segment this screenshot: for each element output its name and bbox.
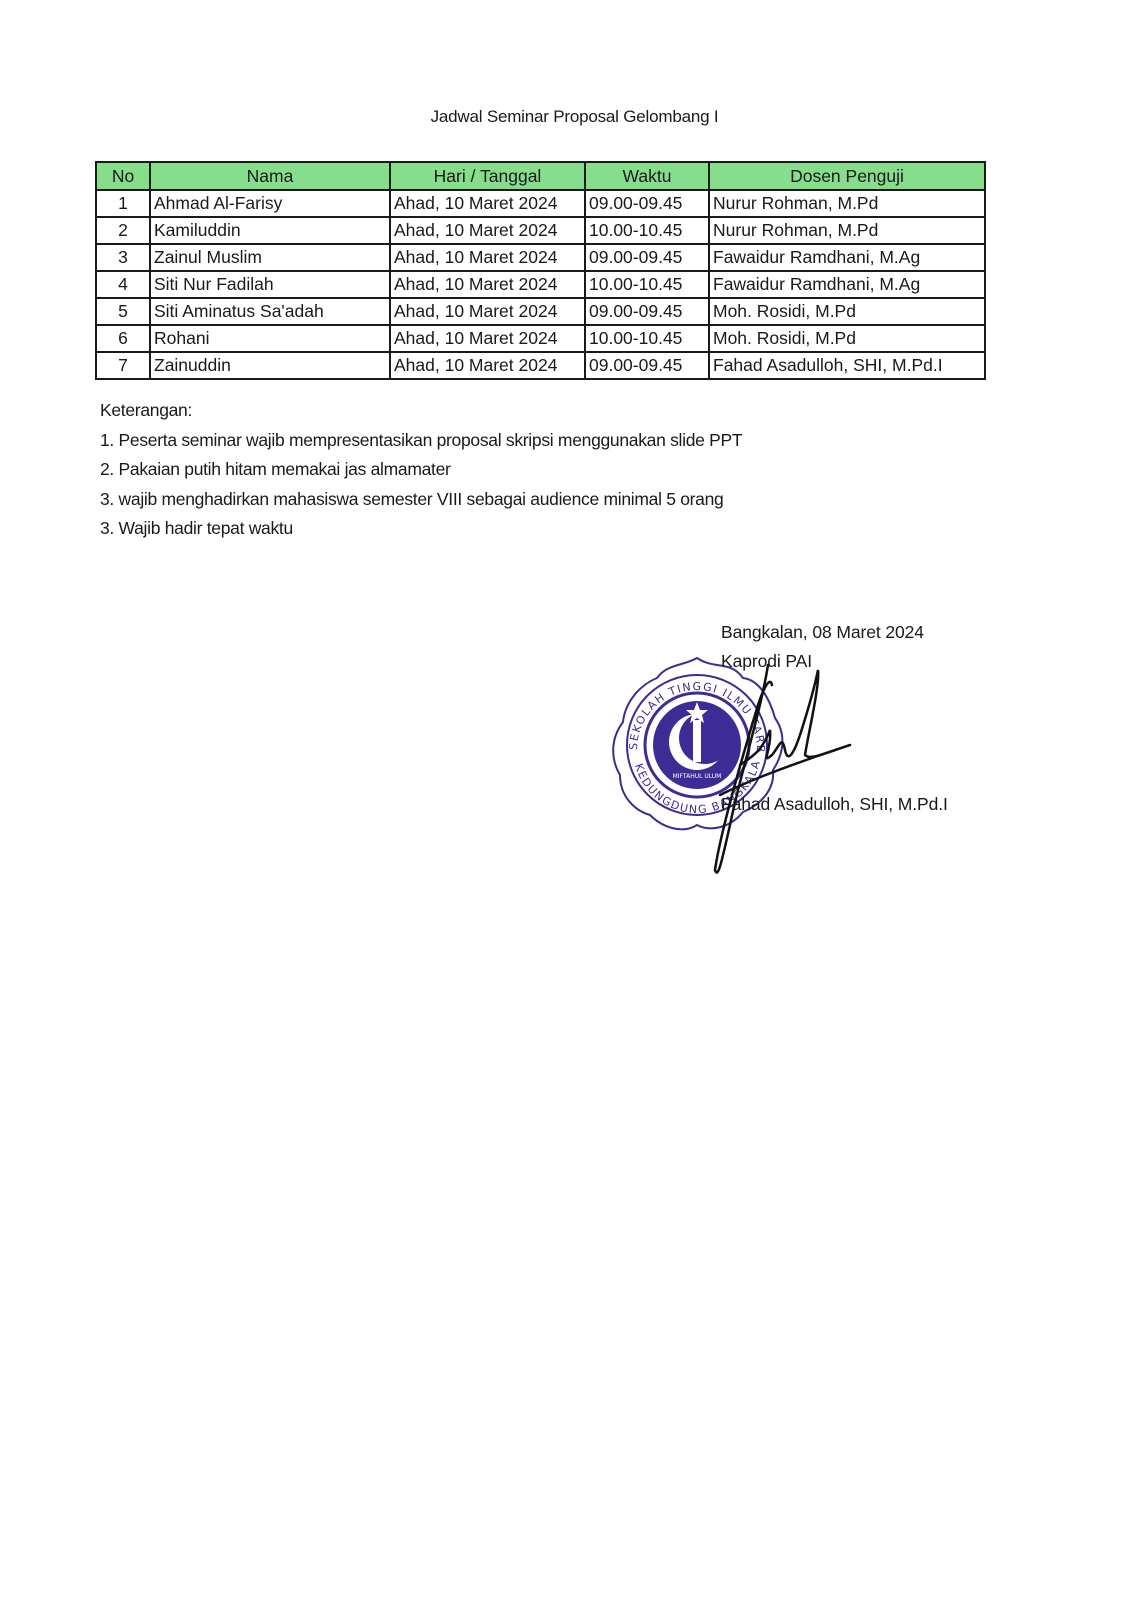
signature-name: Fahad Asadulloh, SHI, M.Pd.I: [721, 794, 948, 815]
table-row: 4Siti Nur FadilahAhad, 10 Maret 202410.0…: [96, 271, 985, 298]
signature-position: Kaprodi PAI: [721, 651, 812, 672]
table-row: 1Ahmad Al-FarisyAhad, 10 Maret 202409.00…: [96, 190, 985, 217]
cell-no: 1: [96, 190, 150, 217]
cell-nama: Rohani: [150, 325, 390, 352]
cell-tanggal: Ahad, 10 Maret 2024: [390, 352, 585, 379]
cell-no: 6: [96, 325, 150, 352]
cell-dosen: Fahad Asadulloh, SHI, M.Pd.I: [709, 352, 985, 379]
cell-waktu: 09.00-09.45: [585, 244, 709, 271]
table-row: 5Siti Aminatus Sa'adahAhad, 10 Maret 202…: [96, 298, 985, 325]
cell-waktu: 09.00-09.45: [585, 298, 709, 325]
signature-place-date: Bangkalan, 08 Maret 2024: [721, 622, 924, 643]
note-item: 3. wajib menghadirkan mahasiswa semester…: [100, 489, 742, 519]
table-row: 7ZainuddinAhad, 10 Maret 202409.00-09.45…: [96, 352, 985, 379]
cell-waktu: 10.00-10.45: [585, 217, 709, 244]
cell-waktu: 10.00-10.45: [585, 271, 709, 298]
cell-nama: Siti Nur Fadilah: [150, 271, 390, 298]
header-nama: Nama: [150, 162, 390, 190]
note-item: 2. Pakaian putih hitam memakai jas almam…: [100, 459, 742, 489]
cell-waktu: 10.00-10.45: [585, 325, 709, 352]
schedule-table: No Nama Hari / Tanggal Waktu Dosen Pengu…: [95, 161, 986, 380]
cell-no: 5: [96, 298, 150, 325]
cell-nama: Kamiluddin: [150, 217, 390, 244]
notes-section: Keterangan: 1. Peserta seminar wajib mem…: [100, 400, 742, 548]
header-dosen: Dosen Penguji: [709, 162, 985, 190]
cell-tanggal: Ahad, 10 Maret 2024: [390, 217, 585, 244]
cell-no: 4: [96, 271, 150, 298]
notes-heading: Keterangan:: [100, 400, 742, 430]
table-row: 6RohaniAhad, 10 Maret 202410.00-10.45Moh…: [96, 325, 985, 352]
cell-no: 7: [96, 352, 150, 379]
cell-dosen: Fawaidur Ramdhani, M.Ag: [709, 271, 985, 298]
header-tanggal: Hari / Tanggal: [390, 162, 585, 190]
document-title: Jadwal Seminar Proposal Gelombang I: [0, 107, 1131, 127]
table-header-row: No Nama Hari / Tanggal Waktu Dosen Pengu…: [96, 162, 985, 190]
table-row: 3Zainul MuslimAhad, 10 Maret 202409.00-0…: [96, 244, 985, 271]
cell-nama: Zainul Muslim: [150, 244, 390, 271]
cell-no: 3: [96, 244, 150, 271]
cell-nama: Siti Aminatus Sa'adah: [150, 298, 390, 325]
cell-tanggal: Ahad, 10 Maret 2024: [390, 271, 585, 298]
note-item: 1. Peserta seminar wajib mempresentasika…: [100, 430, 742, 460]
cell-tanggal: Ahad, 10 Maret 2024: [390, 244, 585, 271]
cell-waktu: 09.00-09.45: [585, 352, 709, 379]
cell-tanggal: Ahad, 10 Maret 2024: [390, 325, 585, 352]
cell-dosen: Nurur Rohman, M.Pd: [709, 190, 985, 217]
table-row: 2KamiluddinAhad, 10 Maret 202410.00-10.4…: [96, 217, 985, 244]
cell-nama: Zainuddin: [150, 352, 390, 379]
cell-tanggal: Ahad, 10 Maret 2024: [390, 190, 585, 217]
cell-nama: Ahmad Al-Farisy: [150, 190, 390, 217]
cell-no: 2: [96, 217, 150, 244]
signature-scribble-icon: [700, 655, 880, 895]
cell-waktu: 09.00-09.45: [585, 190, 709, 217]
cell-dosen: Moh. Rosidi, M.Pd: [709, 325, 985, 352]
note-item: 3. Wajib hadir tepat waktu: [100, 518, 742, 548]
cell-dosen: Fawaidur Ramdhani, M.Ag: [709, 244, 985, 271]
cell-dosen: Moh. Rosidi, M.Pd: [709, 298, 985, 325]
cell-dosen: Nurur Rohman, M.Pd: [709, 217, 985, 244]
header-no: No: [96, 162, 150, 190]
cell-tanggal: Ahad, 10 Maret 2024: [390, 298, 585, 325]
header-waktu: Waktu: [585, 162, 709, 190]
